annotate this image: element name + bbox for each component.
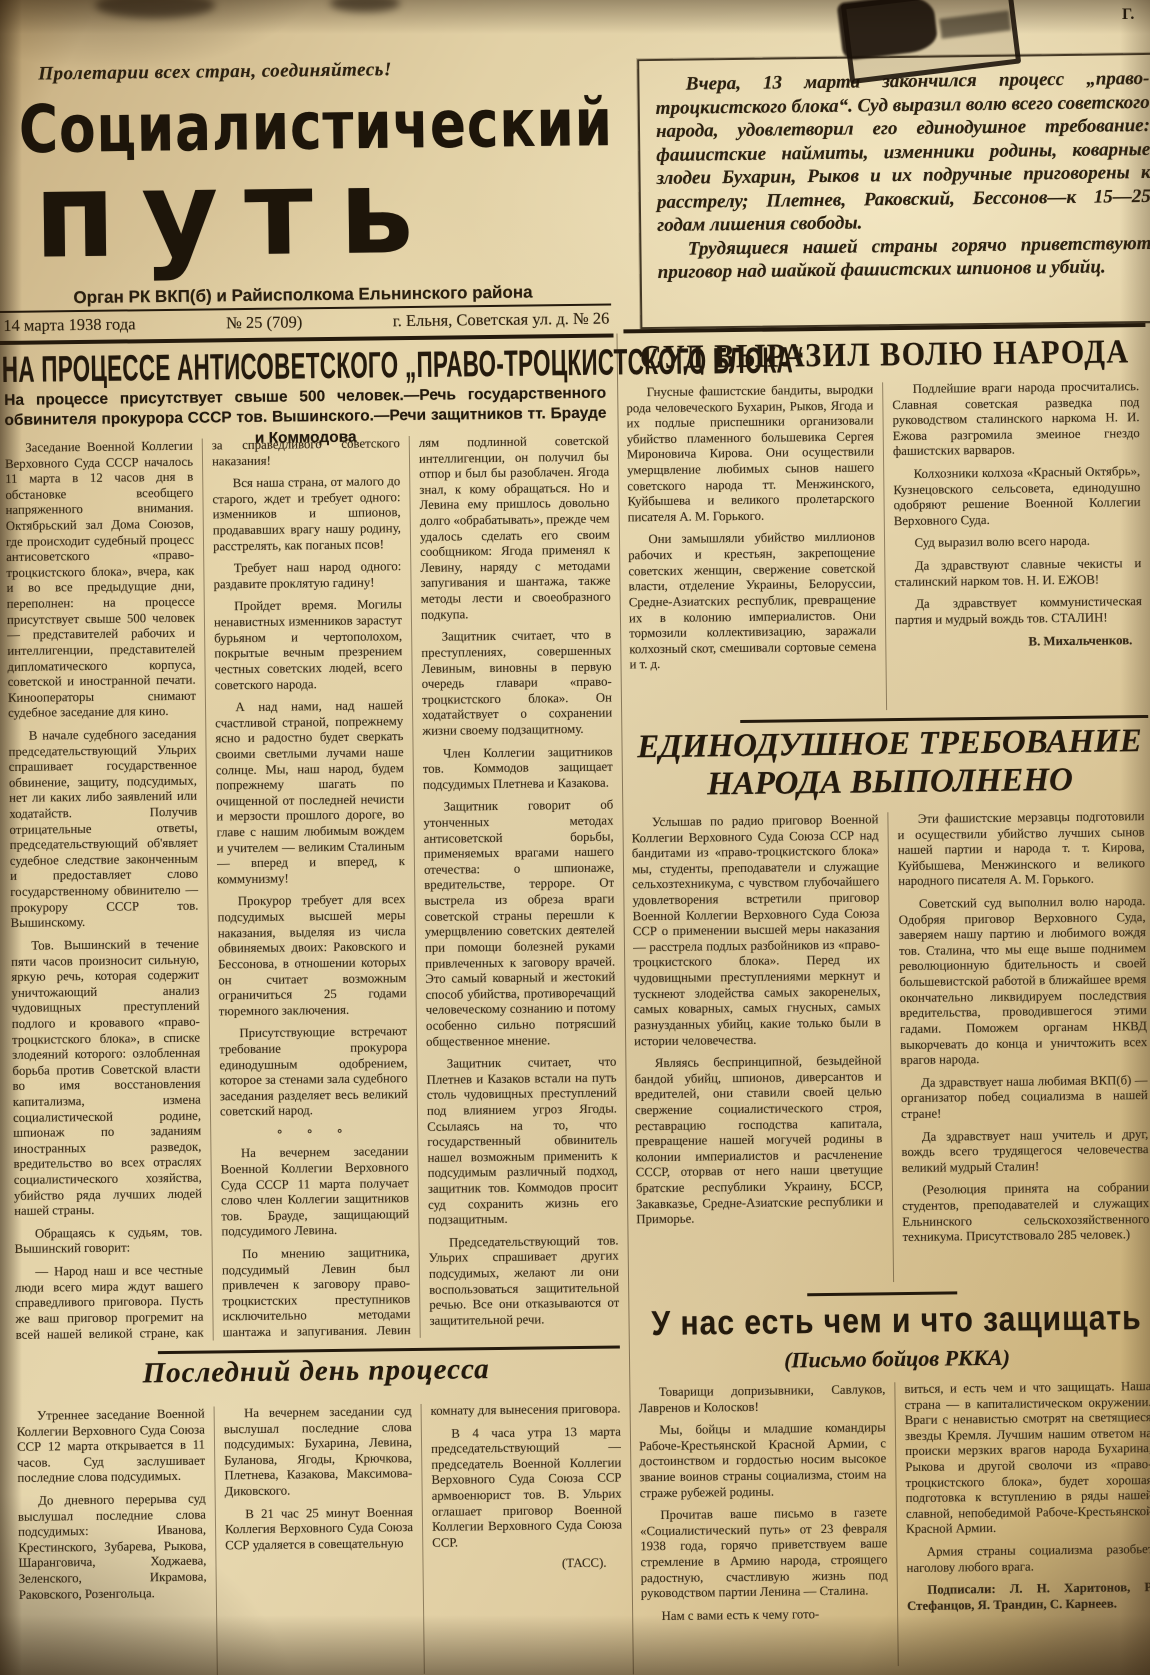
paragraph: Прочитав ваше письмо в газете «Социалист… xyxy=(640,1506,888,1603)
paragraph: Тов. Вышинский в течение пяти часов прои… xyxy=(11,937,202,1220)
signatures-line: Подписали: Л. Н. Харитонов, Р. Стефанцов… xyxy=(907,1580,1150,1614)
paragraph: Вчера, 13 марта закончился процесс „прав… xyxy=(655,67,1150,238)
paragraph: Защитник считает, что Плетнев и Казаков … xyxy=(426,1055,618,1229)
newspaper-page: Пролетарии всех стран, соединяйтесь! Соц… xyxy=(0,0,1150,1675)
paragraph: виться, и есть чем и что защищать. Наша … xyxy=(904,1379,1150,1538)
demand-headline-line2: НАРОДА ВЫПОЛНЕНО xyxy=(631,761,1149,804)
paragraph: В начале судебного заседания председател… xyxy=(8,727,198,932)
trial-column-1: Заседание Военной Коллегии Верховного Су… xyxy=(5,439,204,1343)
paragraph: Колхозники колхоза «Красный Октябрь», Ку… xyxy=(893,464,1141,529)
paragraph: Прокурор требует для всех подсудимых выс… xyxy=(217,893,407,1020)
court-article-columns: Гнусные фашистские бандиты, выродки рода… xyxy=(626,379,1144,713)
paragraph: Заседание Военной Коллегии Верховного Су… xyxy=(5,439,196,722)
court-article-headline: СУД ВЫРАЗИЛ ВОЛЮ НАРОДА xyxy=(626,333,1144,377)
column-divider xyxy=(202,439,214,1341)
last-day-column-2: На вечернем заседании суд выслушал после… xyxy=(224,1404,415,1675)
paragraph: Обращаясь к судьям, тов. Вышинский говор… xyxy=(14,1224,202,1258)
paragraph: Вся наша страна, от малого до старого, ж… xyxy=(212,474,401,554)
paragraph: Да здравствуют славные чекисты и сталинс… xyxy=(894,556,1141,590)
paragraph: (Резолюция принята на собрании студентов… xyxy=(902,1180,1150,1245)
column-divider xyxy=(894,1382,898,1666)
trial-column-2: за справедливого советского наказания! В… xyxy=(212,436,411,1340)
paragraph: комнату для вынесения приговора. xyxy=(431,1401,621,1419)
column-divider xyxy=(214,1406,218,1675)
column-divider xyxy=(409,436,421,1338)
rkka-subhead: (Письмо бойцов РККА) xyxy=(638,1343,1150,1375)
paragraph: Трудящиеся нашей страны горячо приветств… xyxy=(657,232,1150,285)
paragraph: Подлейшие враги народа просчитались. Сла… xyxy=(892,379,1140,460)
paragraph: В 4 часа утра 13 марта председательствую… xyxy=(431,1424,623,1551)
court-column-2: Подлейшие враги народа просчитались. Сла… xyxy=(892,379,1143,710)
paragraph: Услышав по радио приговор Военной Коллег… xyxy=(631,812,881,1049)
publisher-address: г. Ельня, Советская ул. д. № 26 xyxy=(393,309,610,332)
paragraph: Присутствующие встречают требование прок… xyxy=(219,1024,408,1120)
paragraph: Армия страны социализма разобьет наголов… xyxy=(906,1542,1150,1576)
paragraph: Нам с вами есть к чему гото- xyxy=(641,1606,888,1625)
paragraph: — Народ наш и все честные люди всего мир… xyxy=(15,1263,204,1343)
section-separator: ⚬ ⚬ ⚬ xyxy=(220,1125,408,1141)
paragraph: лям подлинной советской интеллигенции, о… xyxy=(419,434,611,624)
rkka-columns: Товарищи допризывники, Савлуков, Лаврено… xyxy=(638,1379,1150,1669)
paragraph: Эти фашистские мерзавцы подготовили и ос… xyxy=(897,809,1145,890)
demand-column-2: Эти фашистские мерзавцы подготовили и ос… xyxy=(897,809,1150,1282)
paragraph: Они замышляли убийство миллионов рабочих… xyxy=(628,530,877,673)
rule xyxy=(740,715,1148,723)
demand-headline-line1: ЕДИНОДУШНОЕ ТРЕБОВАНИЕ xyxy=(630,723,1148,766)
paragraph: Председательствующий тов. Ульрих спрашив… xyxy=(428,1233,619,1329)
corner-mark: Г. xyxy=(1122,6,1134,24)
paragraph: за справедливого советского наказания! xyxy=(212,436,400,470)
rkka-column-2: виться, и есть чем и что защищать. Наша … xyxy=(904,1379,1150,1666)
dateline: 14 марта 1938 года № 25 (709) г. Ельня, … xyxy=(3,309,609,336)
slogan: Пролетарии всех стран, соединяйтесь! xyxy=(38,59,392,85)
paragraph: Да здравствует наша любимая ВКП(б) — орг… xyxy=(901,1073,1149,1123)
paragraph: Утреннее заседание Военной Коллегии Верх… xyxy=(17,1407,206,1487)
paragraph: Мы, бойцы и младшие командиры Рабоче-Кре… xyxy=(639,1420,887,1501)
paragraph: Товарищи допризывники, Савлуков, Лаврено… xyxy=(638,1382,885,1416)
column-divider xyxy=(887,812,894,1282)
author-signature: В. Михальченков. xyxy=(895,633,1142,652)
paragraph: Затем суд заслушал последние слова подсу… xyxy=(430,1334,620,1338)
paragraph: Гнусные фашистские бандиты, выродки рода… xyxy=(626,382,875,525)
demand-columns: Услышав по радио приговор Военной Коллег… xyxy=(631,809,1150,1285)
paragraph: В 21 час 25 минут Военная Коллегия Верхо… xyxy=(225,1505,414,1554)
last-day-headline: Последний день процесса xyxy=(8,1351,624,1392)
issue-date: 14 марта 1938 года xyxy=(3,314,135,336)
trial-column-3: лям подлинной советской интеллигенции, о… xyxy=(419,434,620,1338)
masthead-title-line2: путь xyxy=(33,152,440,275)
demand-column-1: Услышав по радио приговор Военной Коллег… xyxy=(631,812,884,1285)
column-divider xyxy=(882,382,887,710)
paragraph: Защитник говорит об утонченных методах а… xyxy=(423,798,616,1050)
paragraph: До дневного перерыва суд выслушал послед… xyxy=(18,1492,207,1604)
trial-article-columns: Заседание Военной Коллегии Верховного Су… xyxy=(5,434,620,1343)
paragraph: Советский суд выполнил волю народа. Одоб… xyxy=(898,894,1147,1069)
paragraph: По мнению защитника, подсудимый Левин бы… xyxy=(222,1245,411,1340)
paragraph: Пройдет время. Могилы ненавистных изменн… xyxy=(214,598,403,694)
paragraph: Защитник считает, что в преступлениях, с… xyxy=(421,628,612,740)
issue-number: № 25 (709) xyxy=(226,312,302,333)
paragraph: На вечернем заседании суд выслушал после… xyxy=(224,1404,413,1500)
paragraph: Да здравствует коммунистическая партия и… xyxy=(895,594,1142,628)
paragraph: А над нами, над нашей счастливой страной… xyxy=(215,698,405,888)
paragraph: Да здравствует наш учитель и друг, вождь… xyxy=(901,1127,1149,1177)
rkka-headline: У нас есть чем и что защищать xyxy=(637,1299,1150,1344)
last-day-columns: Утреннее заседание Военной Коллегии Верх… xyxy=(17,1401,624,1675)
paragraph: Член Коллегии защитников тов. Коммодов з… xyxy=(423,744,614,793)
last-day-column-3: комнату для вынесения приговора. В 4 час… xyxy=(431,1401,624,1673)
paragraph: На вечернем заседании Военной Коллегии В… xyxy=(220,1144,409,1240)
verdict-box: Вчера, 13 марта закончился процесс „прав… xyxy=(637,53,1150,329)
page-content: Пролетарии всех стран, соединяйтесь! Соц… xyxy=(0,0,1150,1675)
paragraph: Являясь беспринципной, безыдейной бандой… xyxy=(634,1053,883,1228)
paragraph: Требует наш народ одного: раздавите прок… xyxy=(213,559,401,593)
rkka-column-1: Товарищи допризывники, Савлуков, Лаврено… xyxy=(638,1382,888,1669)
column-divider xyxy=(421,1404,425,1674)
court-column-1: Гнусные фашистские бандиты, выродки рода… xyxy=(626,382,877,713)
tass-credit: (ТАСС). xyxy=(432,1556,622,1574)
last-day-column-1: Утреннее заседание Военной Коллегии Верх… xyxy=(17,1407,208,1675)
paragraph: Суд выразил волю всего народа. xyxy=(894,534,1141,553)
rule xyxy=(807,1291,957,1296)
